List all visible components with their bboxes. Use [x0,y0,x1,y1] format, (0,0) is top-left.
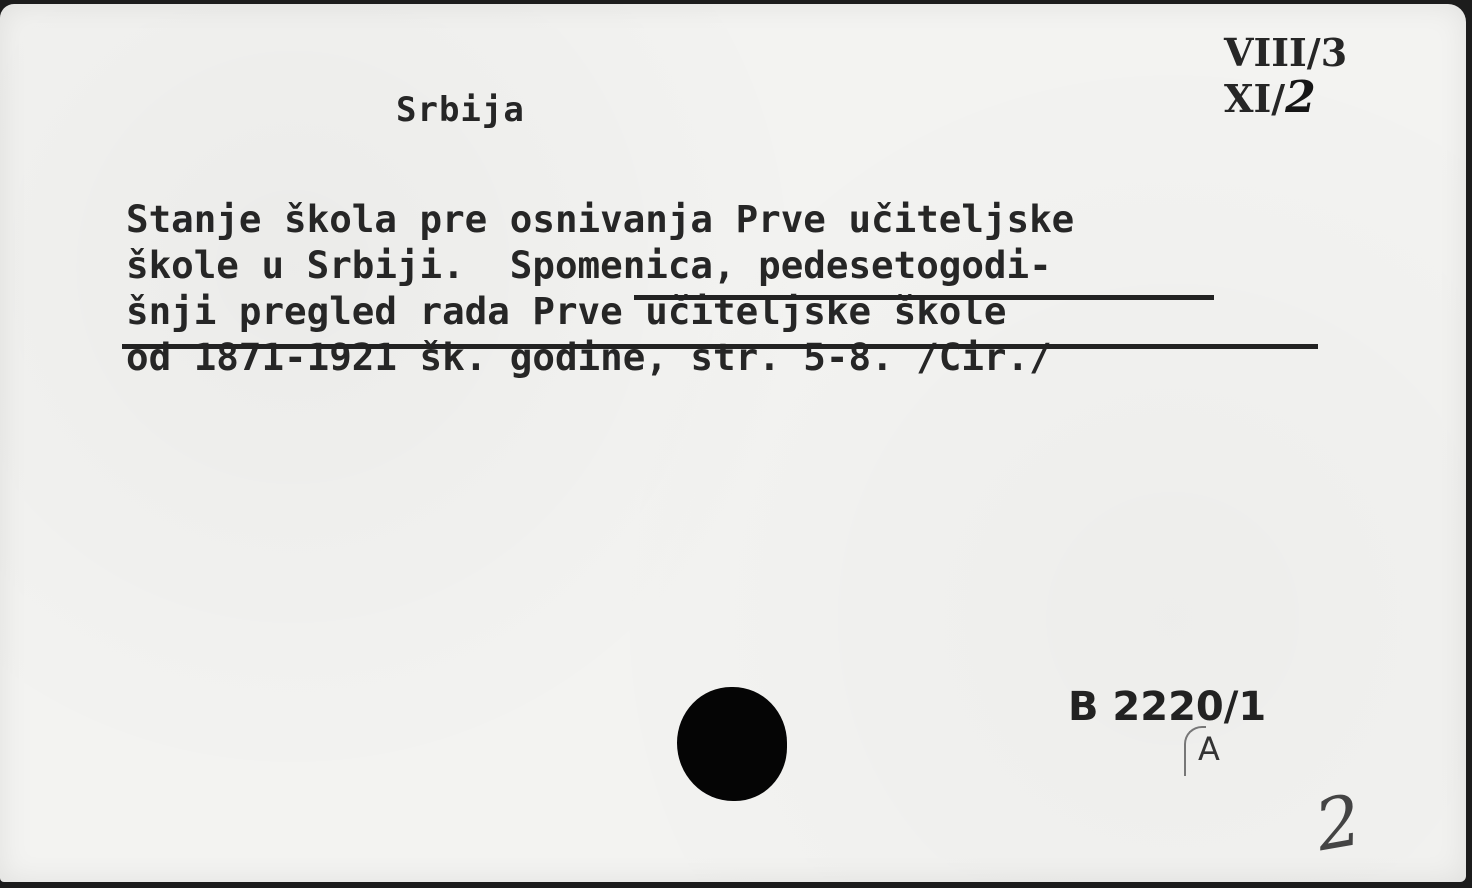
entry-line: škole u Srbiji. Spomenica, pedesetogodi- [126,242,1074,288]
call-number: B 2220/1 [1068,684,1266,730]
entry-line: Stanje škola pre osnivanja Prve učiteljs… [126,196,1074,242]
corner-handwritten-mark: 2 [1309,779,1367,867]
classification-code-1: VIII/3 [1224,30,1347,75]
handwritten-number: 2 [1285,72,1316,123]
classification-prefix: XI/ [1224,76,1285,121]
catalog-card: Srbija VIII/3 XI/2 Stanje škola pre osni… [0,4,1466,882]
entry-line: od 1871-1921 šk. godine, str. 5-8. /Cir.… [126,334,1074,380]
bibliographic-entry: Stanje škola pre osnivanja Prve učiteljs… [126,196,1074,380]
punch-hole [677,687,787,801]
call-number-suffix: A [1198,730,1220,768]
title-underline [634,295,1214,300]
title-underline [122,344,1318,349]
classification-code-2: XI/2 [1224,72,1316,123]
subject-heading: Srbija [396,90,525,130]
